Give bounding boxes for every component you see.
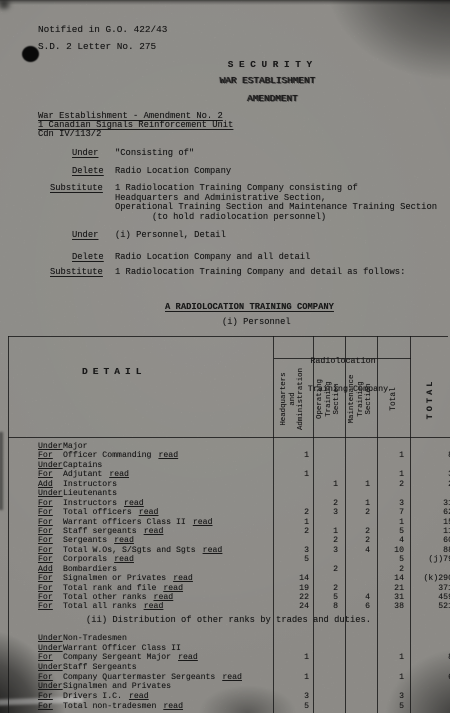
column-header-lines: Total xyxy=(390,387,399,410)
distribution-heading: (ii) Distribution of other ranks by trad… xyxy=(86,616,371,626)
row-label: Officer Commanding xyxy=(63,451,151,460)
amendment-item: Under"Consisting of" xyxy=(0,149,450,159)
row-keyword: For xyxy=(38,584,63,593)
hq-admin-cell: 1 xyxy=(273,673,313,683)
column-header-lines: MaintenanceTrainingSection xyxy=(348,375,373,424)
row-keyword: Add xyxy=(38,565,63,574)
detail-cell: ForOfficer Commandingread xyxy=(8,451,273,460)
detail-cell: UnderCaptains xyxy=(8,461,273,470)
amendment-text: (i) Personnel, Detail xyxy=(115,231,450,241)
operating-cell xyxy=(313,574,345,583)
column-header-lines: HeadquartersandAdministration xyxy=(280,368,305,430)
grand-total-cell: 62 xyxy=(410,508,450,517)
notified-line: Notified in G.O. 422/43 xyxy=(38,25,167,35)
detail-cell: ForCompany Sergeant Majorread xyxy=(8,653,273,663)
row-label: Bombardiers xyxy=(63,565,117,574)
table-row: ForStaff sergeantsread212511 xyxy=(8,527,450,536)
table-row: AddInstructors1122 xyxy=(8,480,450,489)
detail-column-header: DETAIL xyxy=(82,366,147,377)
read-label: read xyxy=(222,673,242,682)
operating-cell: 1 xyxy=(313,480,345,489)
amendment-text-line: Radio Location Company and all detail xyxy=(115,253,450,263)
read-label: read xyxy=(114,555,134,564)
total-cell: 1 xyxy=(377,470,410,479)
detail-cell: ForTotal all ranksread xyxy=(8,602,273,611)
total-cell: 1 xyxy=(377,673,410,683)
amendment-text-line: (i) Personnel, Detail xyxy=(115,231,450,241)
hq-admin-cell xyxy=(273,499,313,508)
amendment-item: Substitute1 Radiolocation Training Compa… xyxy=(0,184,450,222)
table-row: UnderWarrant Officer Class II xyxy=(8,644,450,654)
read-label: read xyxy=(173,574,193,583)
maintenance-cell: 4 xyxy=(345,593,377,602)
row-label: Non-Tradesmen xyxy=(63,634,127,643)
row-keyword: Under xyxy=(38,461,63,470)
grand-total-column-header: TOTAL xyxy=(410,362,450,436)
grand-total-cell: 60 xyxy=(410,536,450,545)
read-label: read xyxy=(158,451,178,460)
grand-total-cell: (j)79 xyxy=(410,555,450,564)
row-label: Major xyxy=(63,442,88,451)
table-row: ForTotal officersread232762 xyxy=(8,508,450,517)
operating-cell: 2 xyxy=(313,499,345,508)
table-row: UnderCaptains xyxy=(8,461,450,470)
hq-admin-cell xyxy=(273,536,313,545)
operating-cell: 2 xyxy=(313,536,345,545)
detail-cell: UnderMajor xyxy=(8,442,273,451)
maintenance-cell xyxy=(345,489,377,498)
table-row: ForTotal rank and fileread19221371 xyxy=(8,584,450,593)
row-keyword: For xyxy=(38,499,63,508)
maintenance-cell xyxy=(345,574,377,583)
detail-cell: AddInstructors xyxy=(8,480,273,489)
amendment-text-line: "Consisting of" xyxy=(115,149,450,159)
grand-total-cell: 521 xyxy=(410,602,450,611)
total-cell: 38 xyxy=(377,602,410,611)
detail-cell: ForWarrant officers Class IIread xyxy=(8,518,273,527)
hq-admin-cell: 3 xyxy=(273,546,313,555)
maintenance-cell xyxy=(345,653,377,663)
detail-cell: ForInstructorsread xyxy=(8,499,273,508)
row-label: Total all ranks xyxy=(63,602,137,611)
operating-cell xyxy=(313,489,345,498)
operating-cell xyxy=(313,555,345,564)
row-keyword: For xyxy=(38,593,63,602)
maintenance-cell xyxy=(345,518,377,527)
maintenance-cell: 2 xyxy=(345,527,377,536)
table-row: ForCompany Quartermaster Sergeantsread11… xyxy=(8,673,450,683)
amendment-text-line: 1 Radiolocation Training Company and det… xyxy=(115,268,450,278)
amendment-keyword: Under xyxy=(72,149,98,159)
row-keyword: For xyxy=(38,527,63,536)
total-cell xyxy=(377,461,410,470)
row-label: Instructors xyxy=(63,480,117,489)
table-row: UnderStaff Sergeants xyxy=(8,663,450,673)
subsection-heading: (i) Personnel xyxy=(222,318,291,328)
table-row: UnderLieutenants xyxy=(8,489,450,498)
row-keyword: For xyxy=(38,555,63,564)
amendment-heading: AMENDMENT xyxy=(0,94,450,104)
row-label: Total officers xyxy=(63,508,132,517)
row-keyword: For xyxy=(38,470,63,479)
row-label: Adjutant xyxy=(63,470,102,479)
detail-cell: ForCorporalsread xyxy=(8,555,273,564)
grand-total-cell xyxy=(410,682,450,692)
total-cell: 5 xyxy=(377,527,410,536)
maintenance-cell xyxy=(345,682,377,692)
total-cell: 1 xyxy=(377,451,410,460)
detail-cell: UnderNon-Tradesmen xyxy=(8,634,273,644)
total-cell xyxy=(377,644,410,654)
detail-cell: AddBombardiers xyxy=(8,565,273,574)
table-row: ForCompany Sergeant Majorread118 xyxy=(8,653,450,663)
read-label: read xyxy=(109,470,129,479)
column-header-line: Maintenance xyxy=(348,375,356,424)
row-label: Total rank and file xyxy=(63,584,156,593)
row-label: Total W.Os, S/Sgts and Sgts xyxy=(63,546,196,555)
table-row: UnderSignalmen and Privates xyxy=(8,682,450,692)
grand-total-cell xyxy=(410,634,450,644)
table-row: ForWarrant officers Class IIread1115 xyxy=(8,518,450,527)
total-cell: 3 xyxy=(377,499,410,508)
grand-total-cell: 3 xyxy=(410,470,450,479)
operating-cell xyxy=(313,644,345,654)
operating-cell xyxy=(313,653,345,663)
detail-cell: ForTotal W.Os, S/Sgts and Sgtsread xyxy=(8,546,273,555)
read-label: read xyxy=(193,518,213,527)
maintenance-cell xyxy=(345,644,377,654)
row-label: Warrant officers Class II xyxy=(63,518,186,527)
maintenance-cell xyxy=(345,461,377,470)
hq-admin-cell: 19 xyxy=(273,584,313,593)
row-keyword: Under xyxy=(38,442,63,451)
read-label: read xyxy=(178,653,198,662)
column-header-line: Section xyxy=(365,375,373,424)
hq-admin-cell xyxy=(273,480,313,489)
read-label: read xyxy=(114,536,134,545)
maintenance-cell xyxy=(345,663,377,673)
row-keyword: For xyxy=(38,546,63,555)
hq-admin-cell xyxy=(273,682,313,692)
grand-total-cell: 8 xyxy=(410,653,450,663)
amendment-item: DeleteRadio Location Company xyxy=(0,167,450,177)
column-header-lines: OperatingTrainingSection xyxy=(316,379,341,419)
maintenance-cell: 4 xyxy=(345,546,377,555)
hq-admin-cell xyxy=(273,565,313,574)
grand-total-cell xyxy=(410,442,450,451)
column-header-line: and xyxy=(289,368,297,430)
row-label: Signalmen and Privates xyxy=(63,682,171,691)
total-cell: 2 xyxy=(377,565,410,574)
row-label: Company Quartermaster Sergeants xyxy=(63,673,215,682)
table-row: ForInstructorsread21331 xyxy=(8,499,450,508)
amendment-item: Substitute1 Radiolocation Training Compa… xyxy=(0,268,450,278)
total-cell: 1 xyxy=(377,653,410,663)
operating-cell xyxy=(313,682,345,692)
war-establishment-heading: WAR ESTABLISHMENT xyxy=(0,76,450,86)
row-label: Warrant Officer Class II xyxy=(63,644,181,653)
row-keyword: Under xyxy=(38,682,63,692)
operating-cell: 1 xyxy=(313,527,345,536)
hq-admin-cell: 3 xyxy=(273,692,313,702)
amendment-keyword: Delete xyxy=(72,253,104,263)
ref-number: Cdn IV/113/2 xyxy=(38,130,101,140)
operating-cell xyxy=(313,673,345,683)
operating-cell xyxy=(313,518,345,527)
maintenance-cell xyxy=(345,451,377,460)
row-label: Corporals xyxy=(63,555,107,564)
total-cell xyxy=(377,663,410,673)
operating-cell: 5 xyxy=(313,593,345,602)
hq-admin-cell xyxy=(273,644,313,654)
maintenance-cell: 1 xyxy=(345,480,377,489)
hq-admin-cell: 1 xyxy=(273,653,313,663)
detail-cell: ForSergeantsread xyxy=(8,536,273,545)
column-header-line: Training xyxy=(357,375,365,424)
grand-total-cell: 88 xyxy=(410,546,450,555)
hq-admin-cell xyxy=(273,663,313,673)
grand-total-cell: 2 xyxy=(410,480,450,489)
amendment-keyword: Delete xyxy=(72,167,104,177)
amendment-text: 1 Radiolocation Training Company and det… xyxy=(115,268,450,278)
read-label: read xyxy=(203,546,223,555)
amendment-keyword: Substitute xyxy=(50,184,103,194)
grand-total-cell: 8 xyxy=(410,451,450,460)
operating-cell xyxy=(313,634,345,644)
detail-cell: ForDrivers I.C.read xyxy=(8,692,273,702)
detail-cell: ForStaff sergeantsread xyxy=(8,527,273,536)
maintenance-cell xyxy=(345,442,377,451)
read-label: read xyxy=(139,508,159,517)
amendment-keyword: Substitute xyxy=(50,268,103,278)
row-label: Drivers I.C. xyxy=(63,692,122,701)
hq-admin-cell: 5 xyxy=(273,555,313,564)
hq-admin-cell xyxy=(273,461,313,470)
security-heading: S E C U R I T Y xyxy=(0,60,450,70)
maintenance-cell xyxy=(345,584,377,593)
grand-total-cell xyxy=(410,489,450,498)
hq-admin-cell: 1 xyxy=(273,470,313,479)
read-label: read xyxy=(154,593,174,602)
row-label: Sergeants xyxy=(63,536,107,545)
detail-cell: UnderSignalmen and Privates xyxy=(8,682,273,692)
column-header-line: Headquarters xyxy=(280,368,288,430)
read-label: read xyxy=(144,527,164,536)
read-label: read xyxy=(144,602,164,611)
hq-admin-cell: 2 xyxy=(273,527,313,536)
read-label: read xyxy=(163,584,183,593)
letter-line: S.D. 2 Letter No. 275 xyxy=(38,42,156,52)
table-row: UnderNon-Tradesmen xyxy=(8,634,450,644)
grand-total-cell xyxy=(410,644,450,654)
total-cell: 5 xyxy=(377,702,410,712)
amendment-keyword: Under xyxy=(72,231,98,241)
row-keyword: For xyxy=(38,518,63,527)
row-keyword: For xyxy=(38,451,63,460)
grand-total-cell xyxy=(410,702,450,712)
row-label: Total non-tradesmen xyxy=(63,702,156,711)
hq-admin-cell: 2 xyxy=(273,508,313,517)
table-row: ForCorporalsread55(j)79 xyxy=(8,555,450,564)
personnel-rows: UnderMajorForOfficer Commandingread118Un… xyxy=(8,442,450,612)
grand-total-cell: 371 xyxy=(410,584,450,593)
grand-total-cell: (k)290 xyxy=(410,574,450,583)
row-keyword: Under xyxy=(38,663,63,673)
table-row: UnderMajor xyxy=(8,442,450,451)
table-row: ForTotal other ranksread225431459 xyxy=(8,593,450,602)
maintenance-cell xyxy=(345,565,377,574)
table-row: ForOfficer Commandingread118 xyxy=(8,451,450,460)
operating-cell xyxy=(313,692,345,702)
amendment-item: DeleteRadio Location Company and all det… xyxy=(0,253,450,263)
hq-admin-cell xyxy=(273,489,313,498)
detail-cell: UnderStaff Sergeants xyxy=(8,663,273,673)
hq-admin-cell: 1 xyxy=(273,518,313,527)
operating-cell xyxy=(313,702,345,712)
read-label: read xyxy=(129,692,149,701)
row-label: Captains xyxy=(63,461,102,470)
maintenance-cell xyxy=(345,702,377,712)
total-cell: 14 xyxy=(377,574,410,583)
total-cell xyxy=(377,682,410,692)
total-cell xyxy=(377,442,410,451)
detail-cell: ForTotal non-tradesmenread xyxy=(8,702,273,712)
amendment-text: Radio Location Company and all detail xyxy=(115,253,450,263)
grand-total-cell xyxy=(410,565,450,574)
table-row: ForTotal non-tradesmenread55 xyxy=(8,702,450,712)
detail-cell: ForAdjutantread xyxy=(8,470,273,479)
total-cell: 5 xyxy=(377,555,410,564)
row-keyword: For xyxy=(38,653,63,663)
row-keyword: Under xyxy=(38,634,63,644)
amendment-item: Under(i) Personnel, Detail xyxy=(0,231,450,241)
document-page: Notified in G.O. 422/43 S.D. 2 Letter No… xyxy=(0,0,450,713)
column-header-line: Total xyxy=(390,387,399,410)
scan-artifact xyxy=(0,0,12,11)
table-row: ForDrivers I.C.read33 xyxy=(8,692,450,702)
detail-cell: UnderLieutenants xyxy=(8,489,273,498)
column-header-line: Training xyxy=(325,379,333,419)
total-cell: 21 xyxy=(377,584,410,593)
operating-cell: 2 xyxy=(313,584,345,593)
total-cell: 1 xyxy=(377,518,410,527)
table-header-divider xyxy=(8,437,450,438)
operating-cell xyxy=(313,470,345,479)
maintenance-cell: 2 xyxy=(345,508,377,517)
operating-cell xyxy=(313,451,345,460)
row-label: Staff sergeants xyxy=(63,527,137,536)
operating-cell: 2 xyxy=(313,565,345,574)
row-label: Instructors xyxy=(63,499,117,508)
maintenance-cell: 1 xyxy=(345,499,377,508)
read-label: read xyxy=(124,499,144,508)
column-header-line: Administration xyxy=(297,368,305,430)
operating-cell: 8 xyxy=(313,602,345,611)
maintenance-cell xyxy=(345,555,377,564)
hq-admin-cell: 24 xyxy=(273,602,313,611)
maintenance-cell xyxy=(345,470,377,479)
amendment-text: 1 Radiolocation Training Company consist… xyxy=(115,184,450,222)
amendment-text: "Consisting of" xyxy=(115,149,450,159)
row-keyword: For xyxy=(38,508,63,517)
operating-cell xyxy=(313,461,345,470)
detail-cell: ForCompany Quartermaster Sergeantsread xyxy=(8,673,273,683)
row-label: Total other ranks xyxy=(63,593,147,602)
hq-admin-cell: 1 xyxy=(273,451,313,460)
total-cell: 10 xyxy=(377,546,410,555)
distribution-rows: UnderNon-TradesmenUnderWarrant Officer C… xyxy=(8,634,450,712)
grand-total-cell: 6 xyxy=(410,673,450,683)
hq-admin-cell: 14 xyxy=(273,574,313,583)
total-cell: 2 xyxy=(377,480,410,489)
row-keyword: Under xyxy=(38,489,63,498)
row-keyword: For xyxy=(38,702,63,712)
detail-cell: ForTotal other ranksread xyxy=(8,593,273,602)
detail-cell: UnderWarrant Officer Class II xyxy=(8,644,273,654)
grand-total-cell xyxy=(410,461,450,470)
table-border-top xyxy=(8,336,448,337)
total-cell: 7 xyxy=(377,508,410,517)
read-label: read xyxy=(163,702,183,711)
detail-cell: ForTotal officersread xyxy=(8,508,273,517)
total-cell xyxy=(377,489,410,498)
detail-cell: ForTotal rank and fileread xyxy=(8,584,273,593)
row-keyword: For xyxy=(38,692,63,702)
column-header-line: Operating xyxy=(316,379,324,419)
grand-total-cell: 31 xyxy=(410,499,450,508)
scan-artifact xyxy=(0,432,3,510)
total-cell xyxy=(377,634,410,644)
table-row: AddBombardiers22 xyxy=(8,565,450,574)
row-keyword: Add xyxy=(38,480,63,489)
operating-cell: 3 xyxy=(313,508,345,517)
maintenance-cell xyxy=(345,634,377,644)
amendment-text-line: Radio Location Company xyxy=(115,167,450,177)
section-heading: A RADIOLOCATION TRAINING COMPANY xyxy=(165,303,334,313)
grand-total-cell xyxy=(410,663,450,673)
operating-cell: 3 xyxy=(313,546,345,555)
table-row: ForSergeantsread22460 xyxy=(8,536,450,545)
row-label: Company Sergeant Major xyxy=(63,653,171,662)
row-keyword: Under xyxy=(38,644,63,654)
amendment-text-line: (to hold radiolocation personnel) xyxy=(115,213,450,223)
maintenance-cell xyxy=(345,692,377,702)
total-cell: 4 xyxy=(377,536,410,545)
table-row: ForSignalmen or Privatesread1414(k)290 xyxy=(8,574,450,583)
table-row: ForTotal all ranksread248638521 xyxy=(8,602,450,611)
grand-total-cell: 11 xyxy=(410,527,450,536)
row-label: Lieutenants xyxy=(63,489,117,498)
amendment-text: Radio Location Company xyxy=(115,167,450,177)
row-keyword: For xyxy=(38,574,63,583)
hq-admin-cell xyxy=(273,634,313,644)
table-row: ForTotal W.Os, S/Sgts and Sgtsread334108… xyxy=(8,546,450,555)
table-row: ForAdjutantread113 xyxy=(8,470,450,479)
total-cell: 3 xyxy=(377,692,410,702)
grand-total-cell xyxy=(410,692,450,702)
column-header: Total xyxy=(376,362,412,436)
row-keyword: For xyxy=(38,602,63,611)
maintenance-cell: 6 xyxy=(345,602,377,611)
row-label: Staff Sergeants xyxy=(63,663,137,672)
detail-cell: ForSignalmen or Privatesread xyxy=(8,574,273,583)
row-keyword: For xyxy=(38,536,63,545)
operating-cell xyxy=(313,663,345,673)
column-header: MaintenanceTrainingSection xyxy=(341,362,381,436)
operating-cell xyxy=(313,442,345,451)
row-keyword: For xyxy=(38,673,63,683)
row-label: Signalmen or Privates xyxy=(63,574,166,583)
